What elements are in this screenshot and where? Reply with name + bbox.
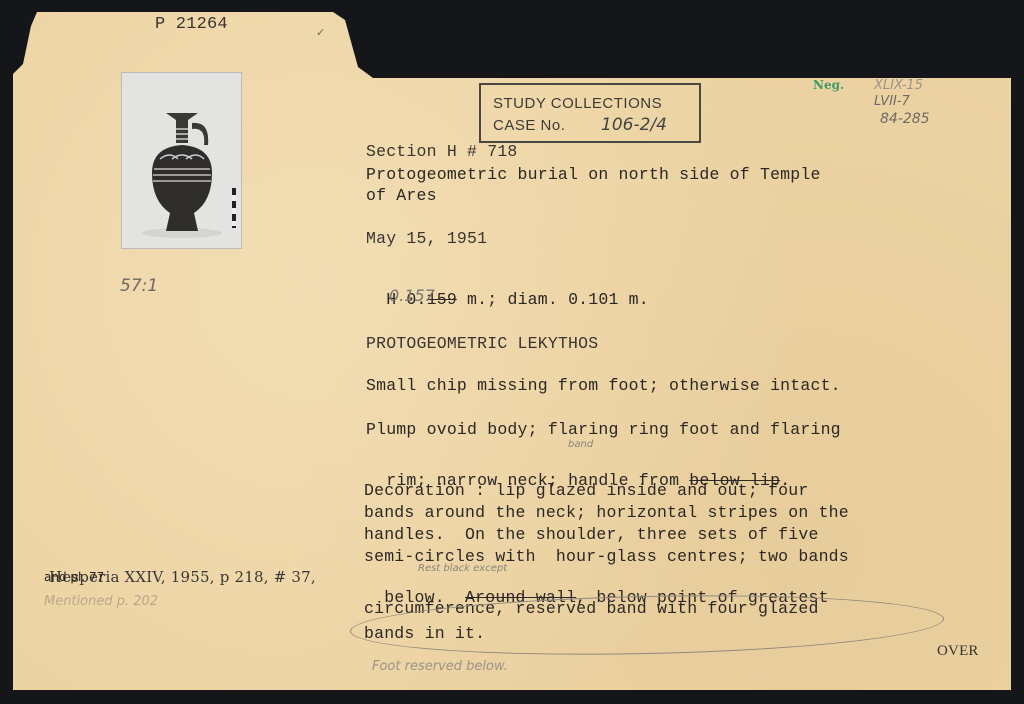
bibliography-line-2: and pl. 77 — [44, 570, 104, 584]
decoration-line-3: handles. On the shoulder, three sets of … — [364, 525, 819, 544]
shape-insertion: band — [568, 439, 593, 450]
location-line-1: Protogeometric burial on north side of T… — [366, 165, 821, 184]
height-correction: 0.157 — [389, 286, 435, 305]
location-line-2: of Ares — [366, 186, 437, 205]
section-line: Section H # 718 — [366, 142, 518, 161]
foot-note: Foot reserved below. — [372, 659, 508, 674]
decoration-line-2: bands around the neck; horizontal stripe… — [364, 503, 849, 522]
catalog-number: P 21264 — [155, 15, 228, 34]
neg-number-2: LVII-7 — [874, 94, 910, 109]
study-collections-stamp: STUDY COLLECTIONS CASE No. 106-2/4 — [479, 83, 701, 143]
vase-image — [122, 73, 241, 248]
stamp-line-2: CASE No. — [493, 117, 565, 134]
photo-label: 57:1 — [120, 276, 158, 296]
over-label: OVER — [937, 643, 979, 660]
lekythos-photo — [121, 72, 242, 249]
decoration-line-1: Decoration : lip glazed inside and out; … — [364, 481, 808, 500]
neg-number-1: XLIX-15 — [874, 78, 923, 93]
faint-note: Mentioned p. 202 — [44, 594, 158, 609]
condition: Small chip missing from foot; otherwise … — [366, 376, 841, 395]
tab-checkmark: ✓ — [316, 26, 325, 39]
dimensions-suffix: m.; diam. 0.101 m. — [457, 290, 649, 309]
neg-label: Neg. — [813, 78, 844, 92]
date: May 15, 1951 — [366, 229, 487, 248]
stamp-line-1: STUDY COLLECTIONS — [493, 95, 662, 112]
case-number: 106-2/4 — [601, 115, 667, 135]
neg-number-3: 84-285 — [880, 111, 930, 127]
object-title: PROTOGEOMETRIC LEKYTHOS — [366, 334, 598, 353]
shape-line-1: Plump ovoid body; flaring ring foot and … — [366, 420, 841, 439]
